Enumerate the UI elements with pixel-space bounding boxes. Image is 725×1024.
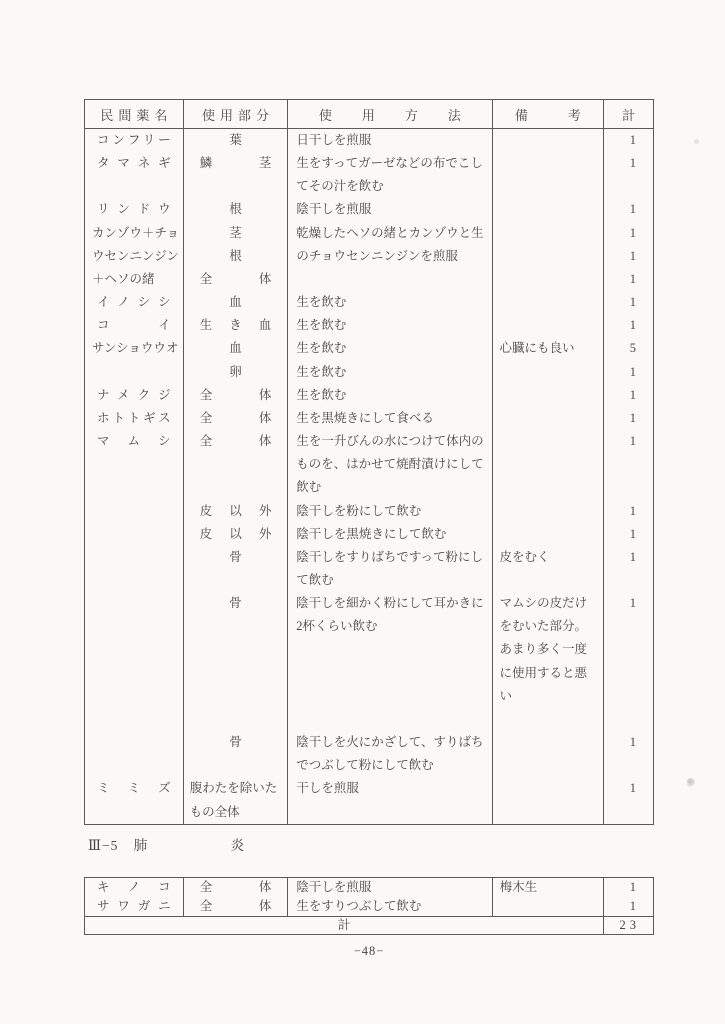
- method-cell: 陰干しを粉にして飲む: [287, 500, 491, 523]
- part-cell: 全体: [183, 897, 288, 916]
- note-cell: マムシの皮だけ: [492, 592, 604, 615]
- name-cell: [85, 453, 183, 476]
- method-cell: 生を飲む: [287, 361, 491, 384]
- note-cell: 梅木生: [492, 878, 604, 897]
- column-header-total: 計: [603, 100, 653, 128]
- name-cell: コイ: [85, 314, 183, 337]
- scanned-document-page: 民間薬名 使用部分 使用方法 備考 計 コンフリー葉日干しを煎服1タマネギ鱗茎生…: [0, 0, 725, 1024]
- count-cell: [603, 685, 653, 708]
- name-cell: ミミズ: [85, 777, 183, 800]
- table-row: い: [85, 685, 653, 708]
- count-cell: 1: [603, 314, 653, 337]
- part-cell: 全体: [183, 407, 288, 430]
- note-cell: [492, 291, 604, 314]
- note-cell: あまり多く一度: [492, 638, 604, 661]
- section-title-second-char: 炎: [231, 838, 245, 853]
- table-row: に使用すると悪: [85, 662, 653, 685]
- table-row: ＋ヘソの緒全体1: [85, 268, 653, 291]
- note-cell: [492, 500, 604, 523]
- total-value: 23: [603, 917, 653, 934]
- count-cell: 1: [603, 592, 653, 615]
- column-header-remarks: 備考: [492, 100, 604, 128]
- table-row: でつぶして粉にして飲む: [85, 754, 653, 777]
- table-body: キノコ全体陰干しを煎服梅木生1サワガニ全体生をすりつぶして飲む1: [85, 878, 653, 916]
- method-cell: 生を飲む: [287, 384, 491, 407]
- method-cell: 生を一升びんの水につけて体内の: [287, 430, 491, 453]
- note-cell: 皮をむく: [492, 546, 604, 569]
- table-row: 皮以外陰干しを黒焼きにして飲む1: [85, 523, 653, 546]
- name-cell: [85, 546, 183, 569]
- method-cell: 生をすりつぶして飲む: [287, 897, 491, 916]
- part-cell: 骨: [183, 731, 288, 754]
- table-row: ホトトギス全体生を黒焼きにして食べる1: [85, 407, 653, 430]
- method-cell: 生を飲む: [287, 291, 491, 314]
- part-cell: [183, 175, 288, 198]
- name-cell: [85, 731, 183, 754]
- name-cell: サンショウウオ: [85, 337, 183, 360]
- page-number: −48−: [84, 944, 654, 959]
- part-cell: 全体: [183, 430, 288, 453]
- method-cell: でつぶして粉にして飲む: [287, 754, 491, 777]
- scan-speck: [694, 139, 699, 144]
- method-cell: 生を飲む: [287, 337, 491, 360]
- table-row: て飲む: [85, 569, 653, 592]
- note-cell: [492, 314, 604, 337]
- name-cell: コンフリー: [85, 129, 183, 152]
- method-cell: 陰干しを煎服: [287, 878, 491, 897]
- part-cell: 根: [183, 198, 288, 221]
- count-cell: 1: [603, 407, 653, 430]
- name-cell: リンドウ: [85, 198, 183, 221]
- method-cell: て飲む: [287, 569, 491, 592]
- name-cell: イノシシ: [85, 291, 183, 314]
- table-row: 骨陰干しをすりばちですって粉にし皮をむく1: [85, 546, 653, 569]
- table-row: ナメクジ全体生を飲む1: [85, 384, 653, 407]
- note-cell: [492, 129, 604, 152]
- note-cell: [492, 777, 604, 800]
- method-cell: 生を黒焼きにして食べる: [287, 407, 491, 430]
- column-header-label: 使用部分: [202, 105, 274, 124]
- count-cell: 1: [603, 291, 653, 314]
- count-cell: 1: [603, 361, 653, 384]
- count-cell: 1: [603, 731, 653, 754]
- part-cell: [183, 708, 288, 731]
- table-row: [85, 708, 653, 731]
- name-cell: ナメクジ: [85, 384, 183, 407]
- method-cell: 乾燥したヘソの緒とカンゾウと生: [287, 222, 492, 245]
- part-cell: 皮以外: [183, 523, 288, 546]
- table-row: もの全体: [85, 801, 653, 824]
- table-row: カンゾウ＋チョ茎乾燥したヘソの緒とカンゾウと生1: [85, 222, 653, 245]
- count-cell: [603, 801, 653, 824]
- table-row: あまり多く一度: [85, 638, 653, 661]
- part-cell: [183, 662, 288, 685]
- table-header-row: 民間薬名 使用部分 使用方法 備考 計: [85, 100, 653, 129]
- note-cell: [492, 569, 604, 592]
- count-cell: [603, 662, 653, 685]
- method-cell: 干しを煎服: [287, 777, 491, 800]
- part-cell: 腹わたを除いた: [183, 777, 288, 800]
- name-cell: ホトトギス: [85, 407, 183, 430]
- column-header-label: 使用方法: [319, 105, 491, 124]
- count-cell: 5: [603, 337, 653, 360]
- note-cell: [492, 453, 604, 476]
- part-cell: 葉: [183, 129, 288, 152]
- count-cell: 1: [603, 152, 653, 175]
- part-cell: もの全体: [183, 801, 288, 824]
- method-cell: [287, 685, 491, 708]
- method-cell: [287, 708, 491, 731]
- method-cell: 日干しを煎服: [287, 129, 491, 152]
- table-row: 皮以外陰干しを粉にして飲む1: [85, 500, 653, 523]
- part-cell: 鱗茎: [183, 152, 288, 175]
- name-cell: [85, 754, 183, 777]
- method-cell: 陰干しを細かく粉にして耳かきに: [287, 592, 492, 615]
- count-cell: 1: [603, 129, 653, 152]
- name-cell: [85, 500, 183, 523]
- section-title-first-char: 肺: [134, 838, 148, 853]
- name-cell: サワガニ: [85, 897, 183, 916]
- note-cell: [492, 754, 604, 777]
- part-cell: 生き血: [183, 314, 288, 337]
- part-cell: 茎: [183, 222, 288, 245]
- table-row: 骨陰干しを細かく粉にして耳かきにマムシの皮だけ1: [85, 592, 653, 615]
- table-row: てその汁を飲む: [85, 175, 653, 198]
- part-cell: [183, 754, 288, 777]
- table-row: 飲む: [85, 476, 653, 499]
- part-cell: 根: [183, 245, 288, 268]
- table-row: リンドウ根陰干しを煎服1: [85, 198, 653, 221]
- note-cell: [492, 268, 604, 291]
- count-cell: [603, 754, 653, 777]
- method-cell: ものを、はかせて焼酎漬けにして: [287, 453, 492, 476]
- part-cell: [183, 685, 288, 708]
- part-cell: [183, 476, 288, 499]
- table-row: 卵生を飲む1: [85, 361, 653, 384]
- total-label: 計: [85, 917, 603, 934]
- column-header-label: 民間薬名: [100, 105, 172, 124]
- name-cell: タマネギ: [85, 152, 183, 175]
- note-cell: [492, 708, 604, 731]
- name-cell: [85, 361, 183, 384]
- count-cell: [603, 615, 653, 638]
- method-cell: 陰干しをすりばちですって粉にし: [287, 546, 491, 569]
- part-cell: 骨: [183, 592, 288, 615]
- method-cell: てその汁を飲む: [287, 175, 491, 198]
- table-row: ものを、はかせて焼酎漬けにして: [85, 453, 653, 476]
- part-cell: 全体: [183, 878, 288, 897]
- name-cell: [85, 801, 183, 824]
- count-cell: 1: [603, 198, 653, 221]
- method-cell: 陰干しを黒焼きにして飲む: [287, 523, 491, 546]
- part-cell: 全体: [183, 268, 288, 291]
- method-cell: 飲む: [287, 476, 491, 499]
- table-row: コンフリー葉日干しを煎服1: [85, 129, 653, 152]
- name-cell: [85, 175, 183, 198]
- name-cell: [85, 708, 183, 731]
- name-cell: キノコ: [85, 878, 183, 897]
- name-cell: [85, 638, 183, 661]
- method-cell: 陰干しを火にかざして、すりばち: [287, 731, 491, 754]
- table-row: コイ生き血生を飲む1: [85, 314, 653, 337]
- table-row: タマネギ鱗茎生をすってガーゼなどの布でこし1: [85, 152, 653, 175]
- count-cell: [603, 453, 653, 476]
- count-cell: 1: [603, 546, 653, 569]
- note-cell: [492, 897, 604, 916]
- count-cell: [603, 638, 653, 661]
- note-cell: をむいた部分。: [492, 615, 604, 638]
- name-cell: ＋ヘソの緒: [85, 268, 183, 291]
- name-cell: [85, 685, 183, 708]
- count-cell: 1: [603, 878, 653, 897]
- table-row: マムシ全体生を一升びんの水につけて体内の1: [85, 430, 653, 453]
- column-header-used-part: 使用部分: [183, 100, 288, 128]
- name-cell: [85, 615, 183, 638]
- count-cell: [603, 175, 653, 198]
- part-cell: [183, 569, 288, 592]
- table-row: 2杯くらい飲むをむいた部分。: [85, 615, 653, 638]
- name-cell: ウセンニンジン: [85, 245, 183, 268]
- part-cell: [183, 638, 288, 661]
- name-cell: [85, 662, 183, 685]
- count-cell: [603, 476, 653, 499]
- table-row: イノシシ血生を飲む1: [85, 291, 653, 314]
- pneumonia-remedy-table: キノコ全体陰干しを煎服梅木生1サワガニ全体生をすりつぶして飲む1 計 23: [84, 877, 654, 935]
- section-heading: Ⅲ−5 肺 炎: [88, 837, 244, 855]
- count-cell: 1: [603, 430, 653, 453]
- note-cell: に使用すると悪: [492, 662, 604, 685]
- scan-speck: [687, 778, 695, 787]
- count-cell: 1: [603, 222, 653, 245]
- method-cell: のチョウセンニンジンを煎服: [287, 245, 491, 268]
- count-cell: 1: [603, 268, 653, 291]
- column-header-medicine-name: 民間薬名: [85, 100, 183, 128]
- count-cell: [603, 569, 653, 592]
- part-cell: 卵: [183, 361, 288, 384]
- part-cell: 皮以外: [183, 500, 288, 523]
- note-cell: [492, 476, 604, 499]
- method-cell: 生を飲む: [287, 314, 491, 337]
- part-cell: 骨: [183, 546, 288, 569]
- part-cell: 血: [183, 291, 288, 314]
- name-cell: マムシ: [85, 430, 183, 453]
- note-cell: [492, 175, 604, 198]
- name-cell: [85, 569, 183, 592]
- note-cell: [492, 801, 604, 824]
- note-cell: [492, 222, 604, 245]
- note-cell: [492, 245, 604, 268]
- note-cell: [492, 430, 604, 453]
- part-cell: 血: [183, 337, 288, 360]
- table-row: サンショウウオ血生を飲む心臓にも良い5: [85, 337, 653, 360]
- method-cell: [287, 801, 491, 824]
- name-cell: カンゾウ＋チョ: [85, 222, 183, 245]
- note-cell: [492, 361, 604, 384]
- count-cell: 1: [603, 384, 653, 407]
- table-row: ミミズ腹わたを除いた干しを煎服1: [85, 777, 653, 800]
- note-cell: 心臓にも良い: [492, 337, 604, 360]
- count-cell: 1: [603, 897, 653, 916]
- column-header-label: 計: [622, 105, 635, 124]
- method-cell: [287, 638, 491, 661]
- method-cell: 生をすってガーゼなどの布でこし: [287, 152, 491, 175]
- table-row: 骨陰干しを火にかざして、すりばち1: [85, 731, 653, 754]
- method-cell: [287, 662, 491, 685]
- table-body: コンフリー葉日干しを煎服1タマネギ鱗茎生をすってガーゼなどの布でこし1てその汁を…: [85, 129, 653, 824]
- name-cell: [85, 476, 183, 499]
- count-cell: 1: [603, 523, 653, 546]
- table-row: キノコ全体陰干しを煎服梅木生1: [85, 878, 653, 897]
- folk-remedy-table: 民間薬名 使用部分 使用方法 備考 計 コンフリー葉日干しを煎服1タマネギ鱗茎生…: [84, 99, 654, 825]
- count-cell: [603, 708, 653, 731]
- count-cell: 1: [603, 777, 653, 800]
- name-cell: [85, 592, 183, 615]
- part-cell: 全体: [183, 384, 288, 407]
- count-cell: 1: [603, 500, 653, 523]
- method-cell: 陰干しを煎服: [287, 198, 491, 221]
- method-cell: 2杯くらい飲む: [287, 615, 491, 638]
- column-header-usage-method: 使用方法: [287, 100, 491, 128]
- section-number: Ⅲ−5: [88, 838, 118, 853]
- note-cell: [492, 407, 604, 430]
- note-cell: [492, 152, 604, 175]
- method-cell: [287, 268, 491, 291]
- note-cell: い: [492, 685, 604, 708]
- note-cell: [492, 731, 604, 754]
- part-cell: [183, 615, 288, 638]
- table-total-row: 計 23: [85, 916, 653, 934]
- part-cell: [183, 453, 288, 476]
- note-cell: [492, 198, 604, 221]
- count-cell: 1: [603, 245, 653, 268]
- name-cell: [85, 523, 183, 546]
- note-cell: [492, 384, 604, 407]
- table-row: ウセンニンジン根のチョウセンニンジンを煎服1: [85, 245, 653, 268]
- table-row: サワガニ全体生をすりつぶして飲む1: [85, 897, 653, 916]
- note-cell: [492, 523, 604, 546]
